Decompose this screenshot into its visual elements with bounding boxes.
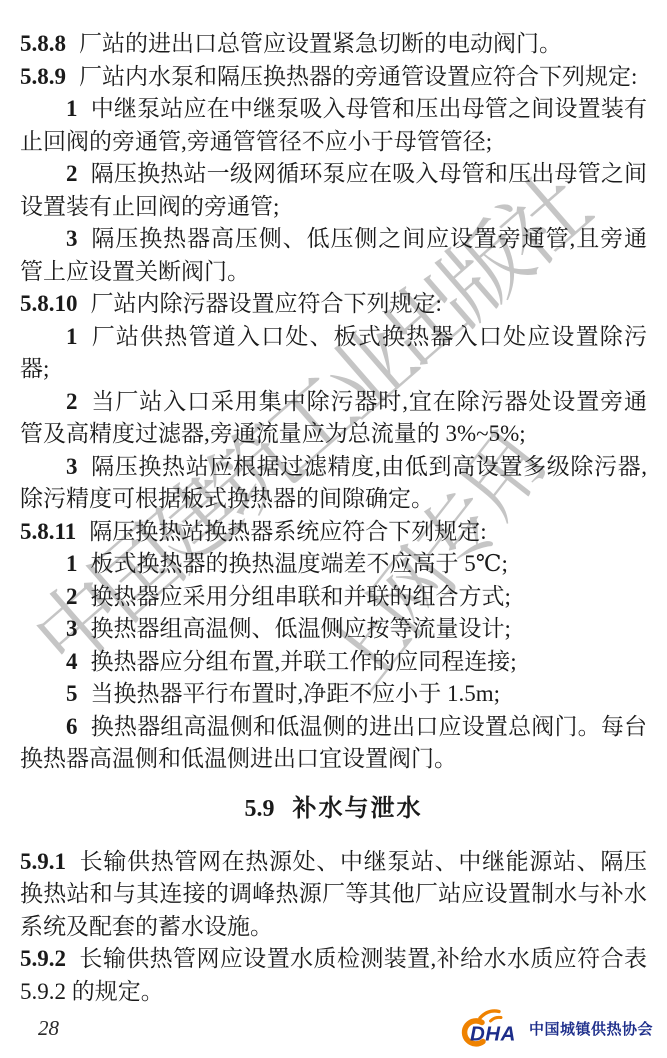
clause-number: 5.9.2 bbox=[20, 946, 66, 971]
association-logo: DHA 中国城镇供热协会 bbox=[459, 1008, 653, 1048]
list-item-2: 2当厂站入口采用集中除污器时,宜在除污器处设置旁通管及高精度过滤器,旁通流量应为… bbox=[20, 386, 647, 451]
item-number: 1 bbox=[66, 551, 78, 576]
list-item-3: 3隔压换热站应根据过滤精度,由低到高设置多级除污器,除污精度可根据板式换热器的间… bbox=[20, 451, 647, 516]
clause-5-8-8: 5.8.8厂站的进出口总管应设置紧急切断的电动阀门。 bbox=[20, 28, 647, 61]
item-text: 板式换热器的换热温度端差不应高于 5℃; bbox=[91, 551, 508, 576]
clause-number: 5.8.9 bbox=[20, 64, 66, 89]
item-text: 换热器组高温侧和低温侧的进出口应设置总阀门。每台换热器高温侧和低温侧进出口宜设置… bbox=[20, 714, 647, 772]
item-number: 3 bbox=[66, 226, 78, 251]
item-number: 1 bbox=[66, 324, 78, 349]
item-number: 1 bbox=[66, 96, 78, 121]
clause-5-8-9: 5.8.9厂站内水泵和隔压换热器的旁通管设置应符合下列规定: bbox=[20, 61, 647, 94]
logo-wave-inner bbox=[490, 1017, 501, 1021]
page-content: 5.8.8厂站的进出口总管应设置紧急切断的电动阀门。 5.8.9厂站内水泵和隔压… bbox=[20, 28, 647, 1008]
list-item-3: 3隔压换热器高压侧、低压侧之间应设置旁通管,且旁通管上应设置关断阀门。 bbox=[20, 223, 647, 288]
item-number: 6 bbox=[66, 714, 78, 739]
clause-text: 厂站内除污器设置应符合下列规定: bbox=[91, 291, 442, 316]
item-number: 4 bbox=[66, 649, 78, 674]
item-text: 换热器组高温侧、低温侧应按等流量设计; bbox=[91, 616, 511, 641]
item-text: 隔压换热站应根据过滤精度,由低到高设置多级除污器,除污精度可根据板式换热器的间隙… bbox=[20, 454, 647, 512]
list-item-3: 3换热器组高温侧、低温侧应按等流量设计; bbox=[20, 613, 647, 646]
item-text: 当厂站入口采用集中除污器时,宜在除污器处设置旁通管及高精度过滤器,旁通流量应为总… bbox=[20, 389, 647, 447]
clause-5-8-11: 5.8.11隔压换热站换热器系统应符合下列规定: bbox=[20, 516, 647, 549]
clause-number: 5.9.1 bbox=[20, 849, 66, 874]
item-number: 3 bbox=[66, 454, 78, 479]
item-text: 换热器应分组布置,并联工作的应同程连接; bbox=[91, 649, 517, 674]
list-item-2: 2换热器应采用分组串联和并联的组合方式; bbox=[20, 581, 647, 614]
item-text: 厂站供热管道入口处、板式换热器入口处应设置除污器; bbox=[20, 324, 647, 382]
item-number: 2 bbox=[66, 161, 78, 186]
clause-5-9-2: 5.9.2长输供热管网应设置水质检测装置,补给水水质应符合表 5.9.2 的规定… bbox=[20, 943, 647, 1008]
item-text: 换热器应采用分组串联和并联的组合方式; bbox=[91, 584, 511, 609]
clause-text: 厂站的进出口总管应设置紧急切断的电动阀门。 bbox=[79, 31, 562, 56]
item-text: 当换热器平行布置时,净距不应小于 1.5m; bbox=[91, 681, 501, 706]
list-item-1: 1板式换热器的换热温度端差不应高于 5℃; bbox=[20, 548, 647, 581]
item-number: 2 bbox=[66, 389, 78, 414]
clause-number: 5.8.11 bbox=[20, 519, 76, 544]
section-heading-5-9: 5.9补水与泄水 bbox=[20, 792, 647, 826]
logo-acronym: DHA bbox=[470, 1023, 516, 1046]
section-title: 补水与泄水 bbox=[293, 795, 423, 822]
item-number: 5 bbox=[66, 681, 78, 706]
item-text: 中继泵站应在中继泵吸入母管和压出母管之间设置装有止回阀的旁通管,旁通管管径不应小… bbox=[20, 96, 647, 154]
item-number: 2 bbox=[66, 584, 78, 609]
document-page: 中国建筑工业出版社 上网专用 5.8.8厂站的进出口总管应设置紧急切断的电动阀门… bbox=[0, 0, 667, 1058]
clause-text: 厂站内水泵和隔压换热器的旁通管设置应符合下列规定: bbox=[79, 64, 637, 89]
clause-text: 长输供热管网应设置水质检测装置,补给水水质应符合表 5.9.2 的规定。 bbox=[20, 946, 647, 1004]
section-number: 5.9 bbox=[245, 796, 275, 822]
item-text: 隔压换热器高压侧、低压侧之间应设置旁通管,且旁通管上应设置关断阀门。 bbox=[20, 226, 647, 284]
clause-text: 隔压换热站换热器系统应符合下列规定: bbox=[89, 519, 486, 544]
clause-number: 5.8.8 bbox=[20, 31, 66, 56]
list-item-2: 2隔压换热站一级网循环泵应在吸入母管和压出母管之间设置装有止回阀的旁通管; bbox=[20, 158, 647, 223]
list-item-1: 1厂站供热管道入口处、板式换热器入口处应设置除污器; bbox=[20, 321, 647, 386]
clause-5-8-10: 5.8.10厂站内除污器设置应符合下列规定: bbox=[20, 288, 647, 321]
list-item-6: 6换热器组高温侧和低温侧的进出口应设置总阀门。每台换热器高温侧和低温侧进出口宜设… bbox=[20, 711, 647, 776]
list-item-1: 1中继泵站应在中继泵吸入母管和压出母管之间设置装有止回阀的旁通管,旁通管管径不应… bbox=[20, 93, 647, 158]
clause-number: 5.8.10 bbox=[20, 291, 78, 316]
item-number: 3 bbox=[66, 616, 78, 641]
page-number: 28 bbox=[38, 1016, 59, 1041]
item-text: 隔压换热站一级网循环泵应在吸入母管和压出母管之间设置装有止回阀的旁通管; bbox=[20, 161, 647, 219]
list-item-4: 4换热器应分组布置,并联工作的应同程连接; bbox=[20, 646, 647, 679]
page-footer: 28 DHA 中国城镇供热协会 bbox=[38, 1008, 653, 1048]
list-item-5: 5当换热器平行布置时,净距不应小于 1.5m; bbox=[20, 678, 647, 711]
dha-logo-icon: DHA bbox=[459, 1008, 523, 1048]
clause-5-9-1: 5.9.1长输供热管网在热源处、中继泵站、中继能源站、隔压换热站和与其连接的调峰… bbox=[20, 846, 647, 944]
association-name: 中国城镇供热协会 bbox=[529, 1018, 653, 1039]
clause-text: 长输供热管网在热源处、中继泵站、中继能源站、隔压换热站和与其连接的调峰热源厂等其… bbox=[20, 849, 647, 939]
